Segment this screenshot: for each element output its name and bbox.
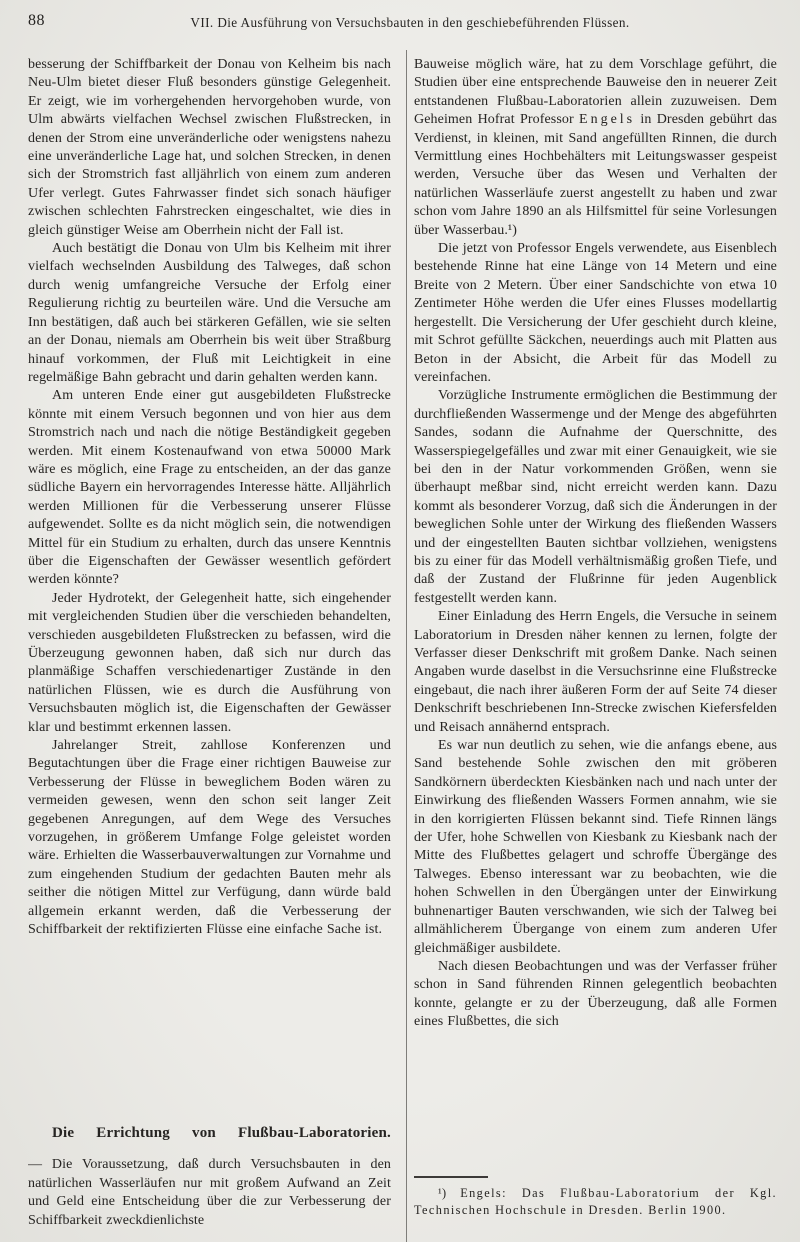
section-heading: Die Errichtung von Flußbau-Laboratorien. — [28, 1124, 391, 1142]
paragraph: Einer Einladung des Herrn Engels, die Ve… — [414, 608, 777, 737]
footnote-marker: ¹) — [438, 1186, 460, 1200]
paragraph: Nach diesen Beobachtungen und was der Ve… — [414, 958, 777, 1032]
column-divider-rule — [406, 50, 407, 1242]
section-flussbau-laboratorien: Die Errichtung von Flußbau-Laboratorien.… — [28, 1124, 391, 1236]
section-paragraph: — Die Voraussetzung, daß durch Versuchsb… — [28, 1156, 391, 1230]
footnote-separator-rule — [414, 1176, 488, 1178]
person-name-engels: Engels — [579, 112, 635, 127]
footnote-body: Engels: Das Flußbau-Laboratorium der Kgl… — [414, 1186, 777, 1217]
paragraph-text: in Dresden gebührt das Verdienst, in kle… — [414, 112, 777, 237]
paragraph: Auch bestätigt die Donau von Ulm bis Kel… — [28, 240, 391, 387]
page-number: 88 — [28, 12, 45, 30]
paragraph: besserung der Schiffbarkeit der Donau vo… — [28, 56, 391, 240]
paragraph: Vorzügliche Instrumente ermöglichen die … — [414, 387, 777, 608]
footnote-text: ¹) Engels: Das Flußbau-Laboratorium der … — [414, 1185, 777, 1218]
book-page: 88 VII. Die Ausführung von Versuchsbaute… — [0, 0, 800, 1242]
right-column: Bauweise möglich wäre, hat zu dem Vorsch… — [414, 56, 777, 1172]
paragraph: Am unteren Ende einer gut ausgebildeten … — [28, 387, 391, 589]
running-title: VII. Die Ausführung von Versuchsbauten i… — [90, 15, 730, 31]
paragraph: Jeder Hydrotekt, der Gelegenheit hatte, … — [28, 590, 391, 737]
paragraph: Es war nun deutlich zu sehen, wie die an… — [414, 737, 777, 958]
paragraph: Die jetzt von Professor Engels verwendet… — [414, 240, 777, 387]
paragraph: Bauweise möglich wäre, hat zu dem Vorsch… — [414, 56, 777, 240]
left-column: besserung der Schiffbarkeit der Donau vo… — [28, 56, 391, 1108]
footnote: ¹) Engels: Das Flußbau-Laboratorium der … — [414, 1176, 777, 1218]
paragraph: Jahrelanger Streit, zahllose Konferenzen… — [28, 737, 391, 939]
